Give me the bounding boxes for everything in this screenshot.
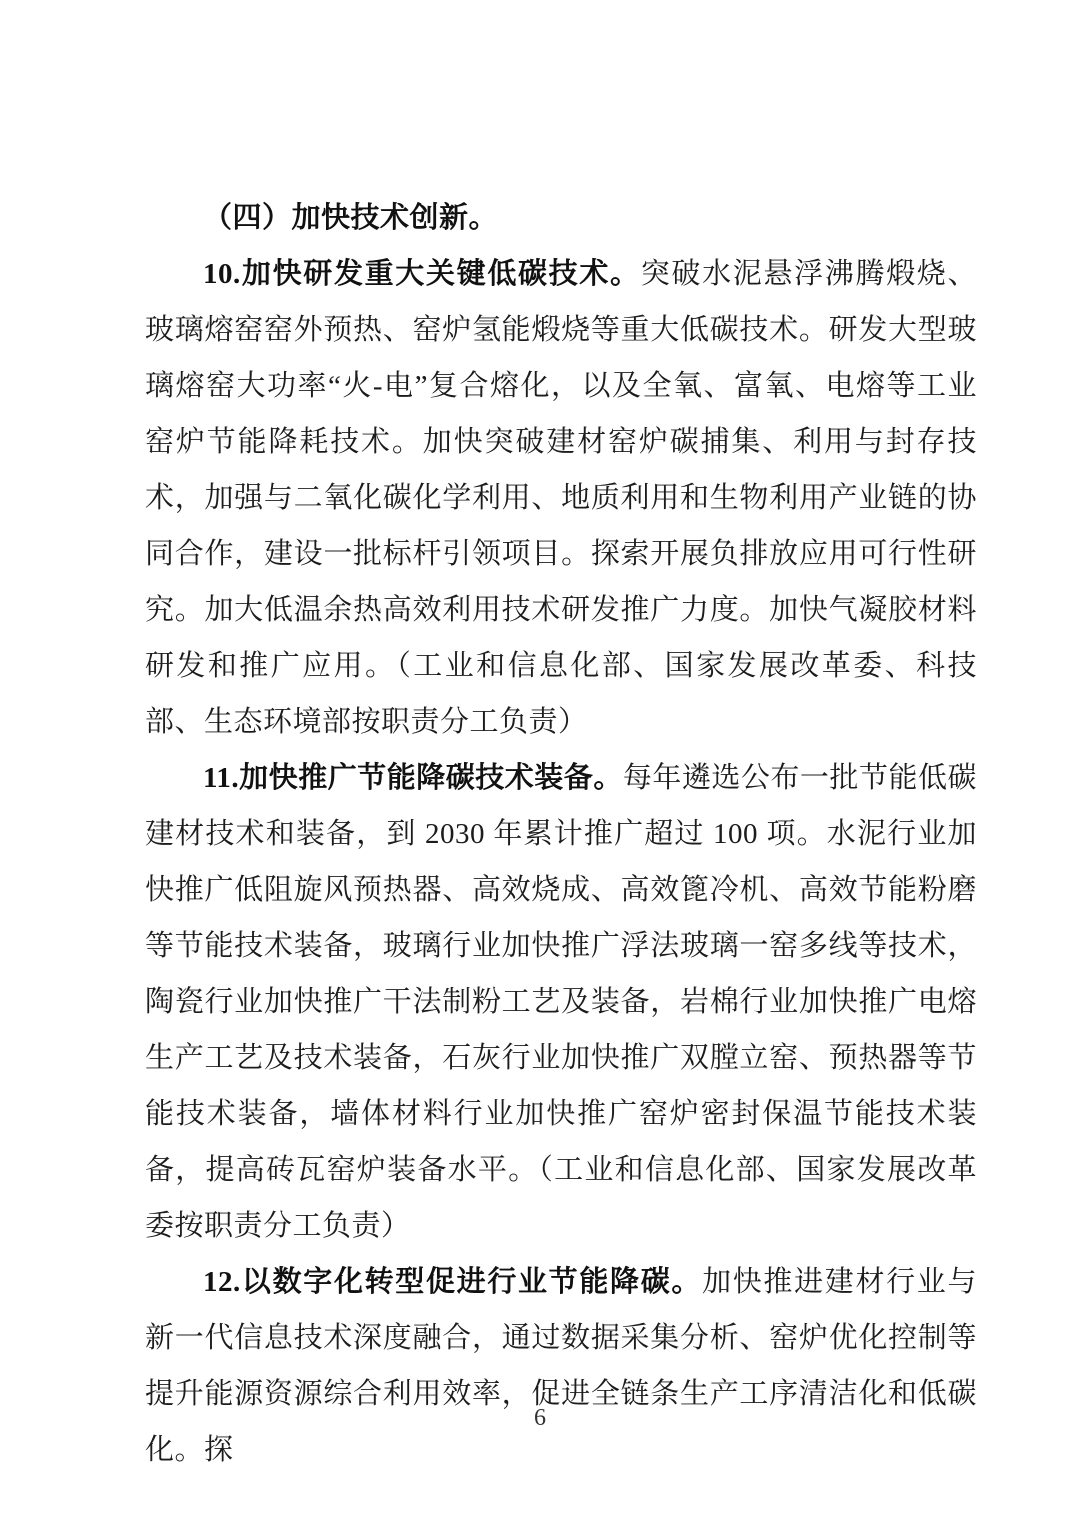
section-heading: （四）加快技术创新。 (145, 190, 977, 246)
paragraph-11: 11.加快推广节能降碳技术装备。每年遴选公布一批节能低碳建材技术和装备，到 20… (145, 750, 977, 1254)
document-page: （四）加快技术创新。 10.加快研发重大关键低碳技术。突破水泥悬浮沸腾煅烧、玻璃… (0, 0, 1080, 1527)
paragraph-12: 12.以数字化转型促进行业节能降碳。加快推进建材行业与新一代信息技术深度融合，通… (145, 1254, 977, 1478)
paragraph-10: 10.加快研发重大关键低碳技术。突破水泥悬浮沸腾煅烧、玻璃熔窑窑外预热、窑炉氢能… (145, 246, 977, 750)
paragraph-12-lead: 12.以数字化转型促进行业节能降碳。 (203, 1266, 702, 1298)
paragraph-10-body: 突破水泥悬浮沸腾煅烧、玻璃熔窑窑外预热、窑炉氢能煅烧等重大低碳技术。研发大型玻璃… (145, 258, 977, 738)
paragraph-11-lead: 11.加快推广节能降碳技术装备。 (203, 762, 623, 794)
page-number: 6 (0, 1405, 1080, 1432)
paragraph-10-lead: 10.加快研发重大关键低碳技术。 (203, 258, 641, 290)
document-content: （四）加快技术创新。 10.加快研发重大关键低碳技术。突破水泥悬浮沸腾煅烧、玻璃… (145, 190, 977, 1478)
paragraph-11-body: 每年遴选公布一批节能低碳建材技术和装备，到 2030 年累计推广超过 100 项… (145, 762, 977, 1242)
